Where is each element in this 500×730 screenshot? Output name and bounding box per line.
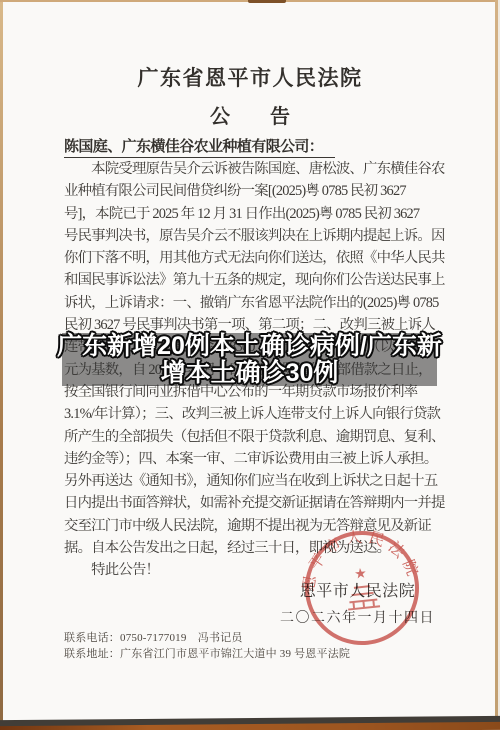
body-line: 违约金等）；四、本案一审、二审诉讼费用由三被上诉人承担。	[64, 448, 442, 470]
body-line: 日内提出书面答辩状，如需补充提交新证据请在答辩期内一并提	[64, 492, 442, 514]
body-line: 所产生的全部损失（包括但不限于贷款利息、逾期罚息、复利、	[64, 426, 442, 448]
body-line: 你们下落不明，用其他方式无法向你们送达，依照《中华人民共	[64, 247, 442, 269]
body-line: 业种植有限公司民间借贷纠纷一案[(2025)粤 0785 民初 3627	[64, 180, 442, 202]
body-line: 号民事判决书，原告吴介云不服该判决在上诉期内提起上诉。因	[64, 225, 442, 247]
body-line: 号]，本院已于 2025 年 12 月 31 日作出(2025)粤 0785 民…	[64, 203, 442, 225]
headline-overlay: 广东新增20例本土确诊病例/广东新 增本土确诊30例	[62, 333, 437, 386]
frame-top-notch	[248, 0, 286, 3]
body-line: 和国民事诉讼法》第九十五条的规定，现向你们公告送达民事上	[64, 269, 442, 291]
body-line: 3.1%/年计算）；三、改判三被上诉人连带支付上诉人向银行贷款	[64, 403, 442, 425]
national-emblem-icon	[346, 585, 380, 609]
seal-arc-text: 恩平市人民法院	[296, 522, 424, 594]
body-line: 诉状，上诉请求：一、撤销广东省恩平法院作出的(2025)粤 0785	[64, 292, 442, 314]
court-seal-stamp: 恩平市人民法院 ★	[296, 522, 428, 654]
svg-text:恩平市人民法院: 恩平市人民法院	[296, 522, 424, 594]
recipients-line: 陈国庭、广东横佳谷农业种植有限公司：	[64, 135, 335, 158]
headline-line-1: 广东新增20例本土确诊病例/广东新	[57, 333, 442, 360]
frame-left-edge	[0, 0, 3, 722]
court-title: 广东省恩平市人民法院	[0, 62, 500, 92]
headline-line-2: 增本土确诊30例	[161, 360, 339, 387]
body-line: 另外再送达《通知书》，通知你们应当在收到上诉状之日起十五	[64, 470, 442, 492]
emblem-star-icon: ★	[353, 565, 367, 582]
notice-title: 公 告	[0, 100, 500, 129]
body-line: 本院受理原告吴介云诉被告陈国庭、唐松波、广东横佳谷农	[64, 158, 442, 180]
